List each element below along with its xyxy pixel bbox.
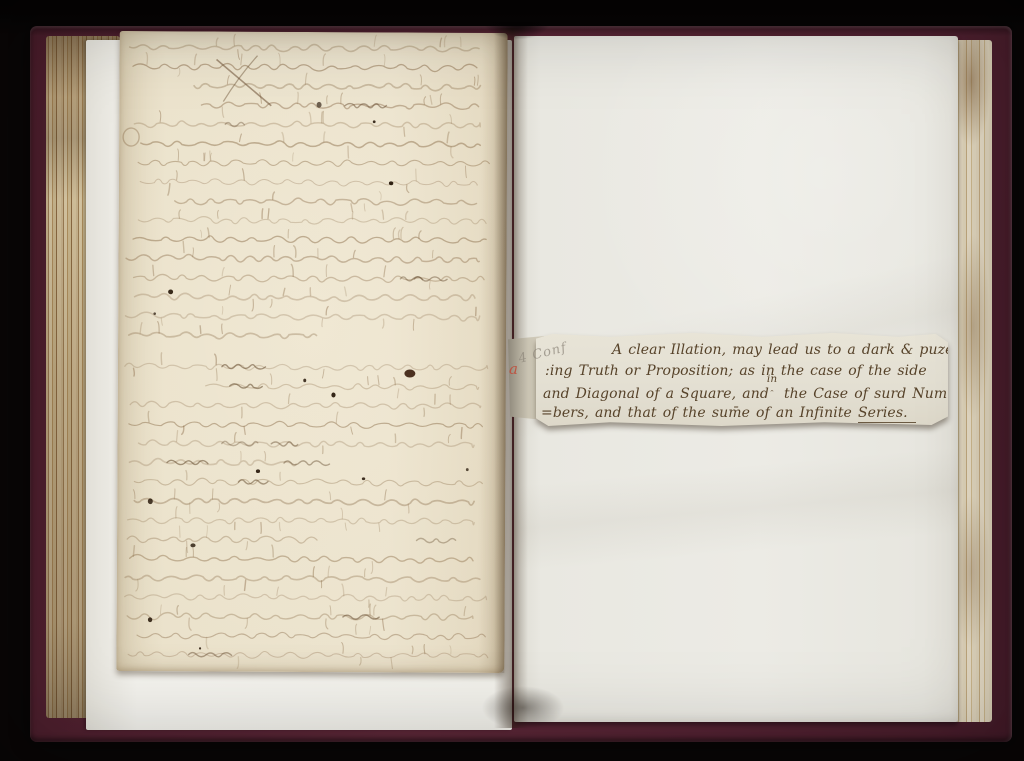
slip-line4-pre: =bers, and that of the sum̄e of an Infin… bbox=[541, 405, 858, 421]
left-manuscript-page bbox=[116, 31, 507, 673]
slip-text-line-2: :ing Truth or Proposition; as in the cas… bbox=[545, 363, 927, 379]
bottom-gutter-shadow bbox=[468, 686, 578, 734]
slip-paper-wrap: A clear Illation, may lead us to a dark … bbox=[536, 331, 948, 426]
underlined-word: Series. bbox=[858, 405, 916, 423]
inserted-word: in bbox=[767, 373, 777, 385]
slip-text-line-4: =bers, and that of the sum̄e of an Infin… bbox=[541, 405, 916, 421]
slip-line3-post: the Case of surd Num: bbox=[784, 386, 952, 402]
spine-shadow bbox=[482, 22, 552, 44]
pasted-slip: a 4 Conf A clear Illation, may lead us t… bbox=[506, 330, 948, 428]
manuscript-photo: a 4 Conf A clear Illation, may lead us t… bbox=[0, 0, 1024, 761]
red-ink-annotation: a bbox=[509, 360, 518, 378]
caret-icon: ˄ bbox=[770, 390, 775, 400]
caret-insertion: in˄ bbox=[769, 384, 778, 398]
slip-text-line-3: and Diagonal of a Square, andin˄ the Cas… bbox=[543, 384, 952, 402]
slip-paper: A clear Illation, may lead us to a dark … bbox=[536, 331, 948, 426]
slip-line3-pre: and Diagonal of a Square, and bbox=[543, 386, 769, 402]
underlined-word-text: Series bbox=[858, 405, 903, 421]
slip-text-line-1: A clear Illation, may lead us to a dark … bbox=[612, 342, 967, 358]
underline-period: . bbox=[903, 405, 908, 421]
bleedthrough-handwriting bbox=[116, 31, 507, 673]
